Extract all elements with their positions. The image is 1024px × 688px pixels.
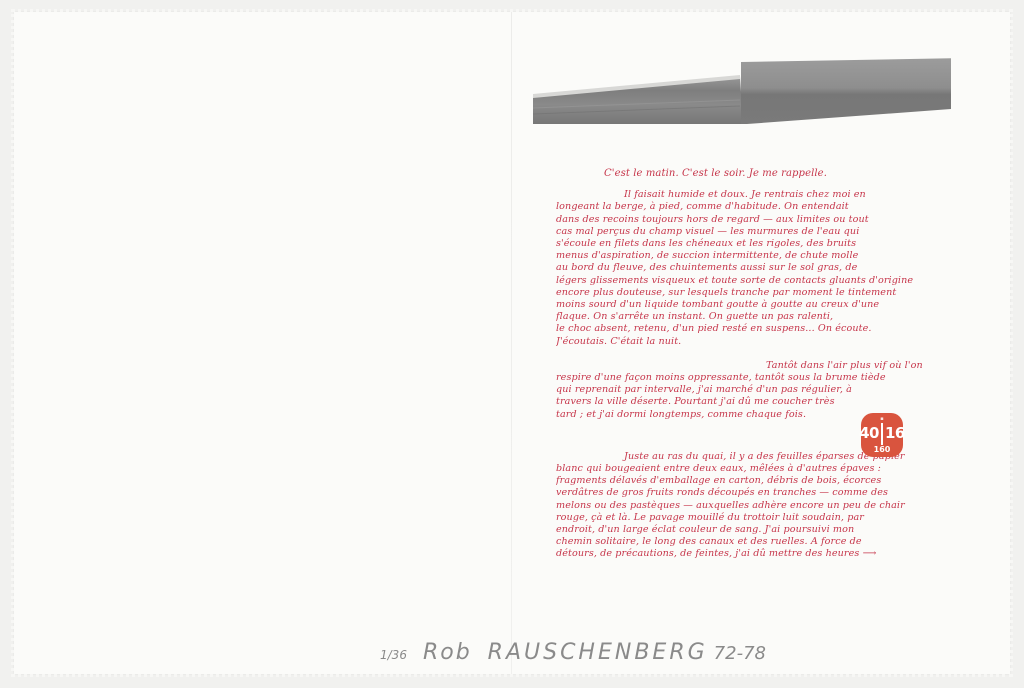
text-line: Il faisait humide et doux. Je rentrais c… (556, 189, 946, 201)
text-line: dans des recoins toujours hors de regard… (556, 214, 946, 226)
continuation-arrow-icon: ⟶ (863, 548, 877, 559)
text-line: détours, de précautions, de feintes, j'a… (556, 548, 946, 560)
stamp-numbers: 40 16 (859, 423, 905, 445)
text-line: légers glissements visqueux et toute sor… (556, 275, 946, 287)
text-line: au bord du fleuve, des chuintements auss… (556, 262, 946, 274)
signature-first-name: Rob (423, 640, 472, 665)
stamp-divider (881, 423, 883, 445)
text-line: verdâtres de gros fruits ronds découpés … (556, 487, 946, 499)
water-photo-image (519, 48, 951, 124)
grayscale-photo-strip (519, 48, 951, 124)
red-stamp: ▪ 40 16 160 (861, 413, 903, 457)
text-line: flaque. On s'arrête un instant. On guett… (556, 311, 946, 323)
text-line: fragments délavés d'emballage en carton,… (556, 475, 946, 487)
signature-last-name: RAUSCHENBERG (488, 640, 708, 665)
text-line: melons ou des pastèques — auxquelles adh… (556, 500, 946, 512)
stamp-left-number: 40 (859, 426, 879, 441)
text-line: cas mal perçus du champ visuel — les mur… (556, 226, 946, 238)
pencil-signature: 1/36 Rob RAUSCHENBERG 72-78 (380, 640, 766, 665)
stamp-bottom-number: 160 (874, 446, 891, 454)
text-line: J'écoutais. C'était la nuit. (556, 336, 946, 348)
text-line: menus d'aspiration, de succion intermitt… (556, 250, 946, 262)
text-line: chemin solitaire, le long des canaux et … (556, 536, 946, 548)
text-line: moins sourd d'un liquide tombant goutte … (556, 299, 946, 311)
text-line: Tantôt dans l'air plus vif où l'on (556, 360, 946, 372)
spacer (556, 348, 946, 360)
paragraph-3: Juste au ras du quai, il y a des feuille… (556, 451, 946, 561)
text-line: qui reprenait par intervalle, j'ai march… (556, 384, 946, 396)
handwritten-text: C'est le matin. C'est le soir. Je me rap… (556, 168, 946, 561)
text-line: s'écoule en filets dans les chéneaux et … (556, 238, 946, 250)
text-line: blanc qui bougeaient entre deux eaux, mê… (556, 463, 946, 475)
text-line: le choc absent, retenu, d'un pied resté … (556, 323, 946, 335)
text-line: travers la ville déserte. Pourtant j'ai … (556, 396, 946, 408)
text-line: longeant la berge, à pied, comme d'habit… (556, 201, 946, 213)
text-line: rouge, çà et là. Le pavage mouillé du tr… (556, 512, 946, 524)
signature-date: 72-78 (714, 643, 766, 664)
paragraph-2: Tantôt dans l'air plus vif où l'on respi… (556, 360, 946, 421)
stamp-right-number: 16 (885, 426, 905, 441)
paragraph-1: Il faisait humide et doux. Je rentrais c… (556, 189, 946, 348)
edition-number: 1/36 (380, 648, 407, 662)
center-fold (511, 12, 512, 674)
stamp-top-mark: ▪ (880, 417, 883, 422)
text-line: encore plus douteuse, sur lesquels tranc… (556, 287, 946, 299)
text-line: endroit, d'un large éclat couleur de san… (556, 524, 946, 536)
text-line-content: détours, de précautions, de feintes, j'a… (556, 548, 859, 559)
text-line: respire d'une façon moins oppressante, t… (556, 372, 946, 384)
text-title: C'est le matin. C'est le soir. Je me rap… (604, 168, 946, 180)
